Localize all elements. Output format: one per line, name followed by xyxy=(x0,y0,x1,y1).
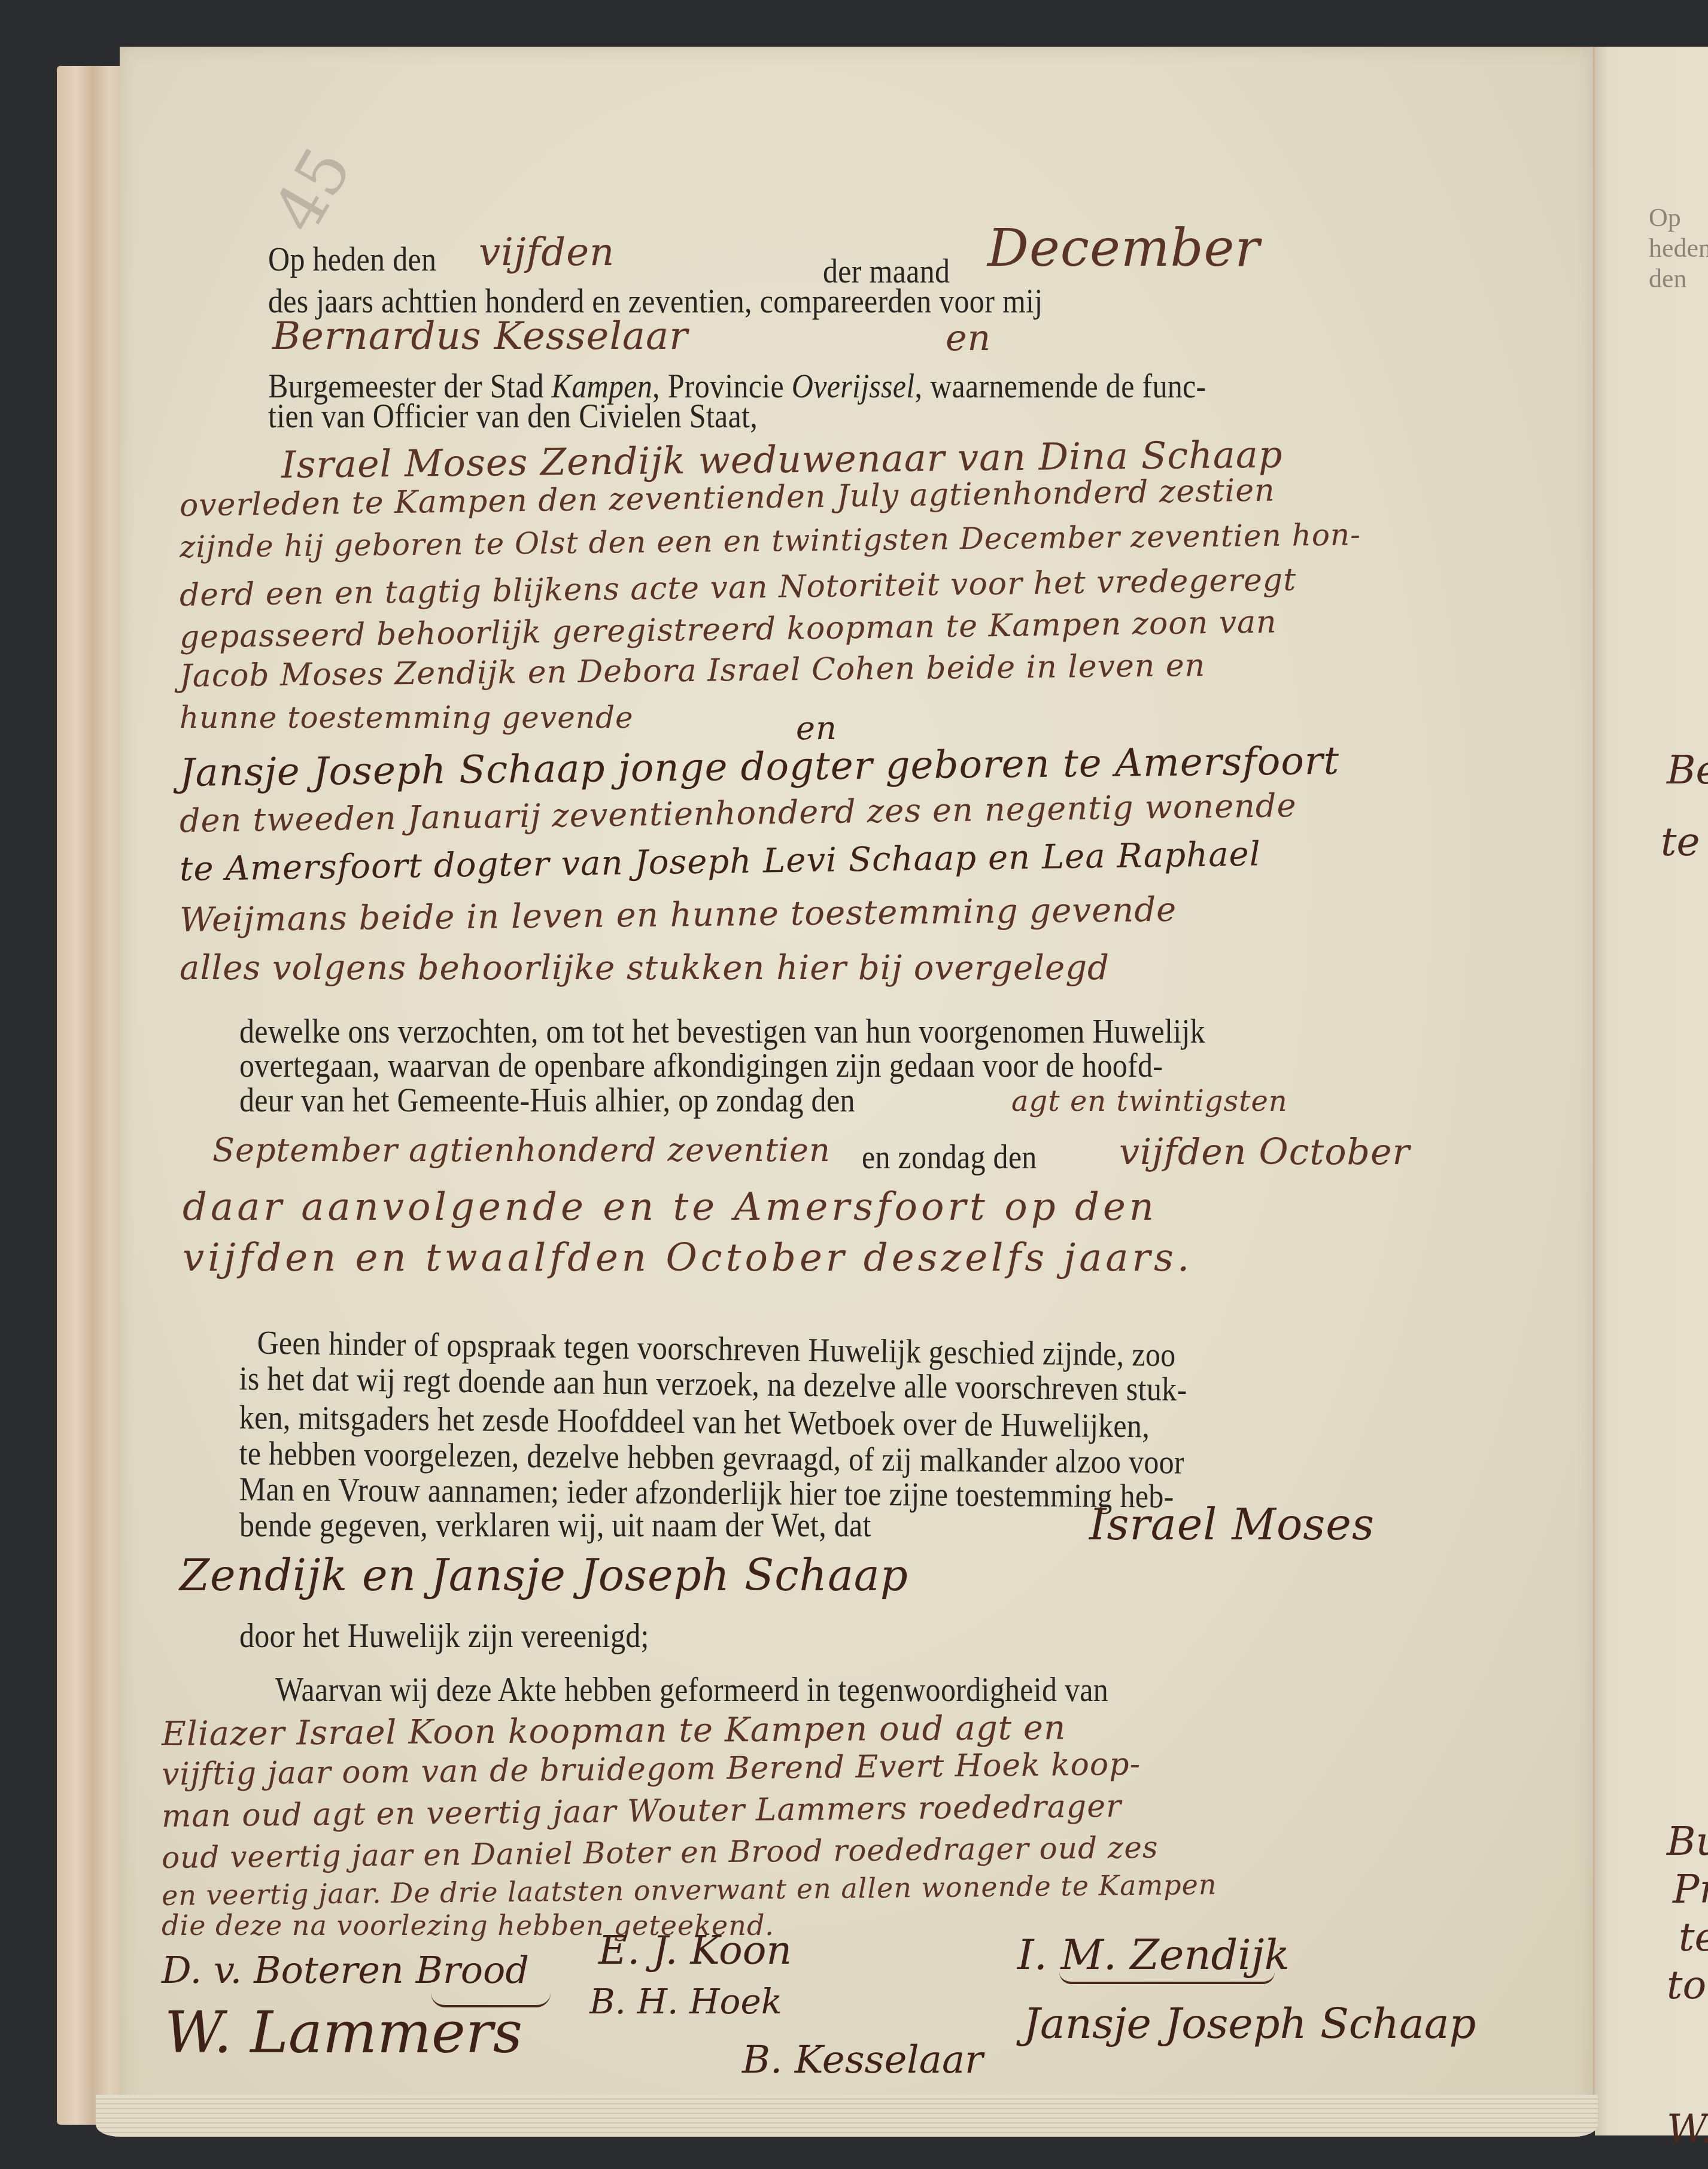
handwritten-official-name: Bernardus Kesselaar xyxy=(272,314,688,359)
printed-text: door het Huwelijk zijn vereenigd; xyxy=(239,1616,649,1655)
signature-flourish xyxy=(1059,1972,1275,1984)
handwritten-bride-line: alles volgens behoorlijke stukken hier b… xyxy=(180,949,1110,988)
handwritten-conjunction: en xyxy=(796,709,837,747)
facing-page-fragment: Pr xyxy=(1673,1866,1708,1912)
facing-page-fragment: ton xyxy=(1667,1962,1708,2008)
printed-text: Waarvan wij deze Akte hebben geformeerd … xyxy=(275,1670,1108,1709)
facing-page-fragment: Be xyxy=(1667,747,1708,793)
facing-page-fragment: Bu xyxy=(1667,1818,1708,1864)
handwritten-couple-names: Zendijk en Jansje Joseph Schaap xyxy=(180,1550,908,1600)
handwritten-couple-names: Israel Moses xyxy=(1089,1499,1375,1550)
handwritten-month: December xyxy=(987,218,1260,278)
printed-text: dewelke ons verzochten, om tot het beves… xyxy=(239,1011,1205,1050)
facing-page-fragment: Op heden den xyxy=(1649,202,1708,294)
printed-text: Op heden den xyxy=(268,239,436,278)
handwritten-banns-date: agt en twintigsten xyxy=(1011,1084,1288,1118)
signature-official: B. Kesselaar xyxy=(742,2038,983,2082)
handwritten-day: vijfden xyxy=(479,230,615,275)
handwritten-banns-date: vijfden October xyxy=(1119,1131,1410,1173)
facing-page: Op heden den Be te Bu Pr te ton W. xyxy=(1595,47,1708,2135)
signature-bride: Jansje Joseph Schaap xyxy=(1023,1999,1476,2048)
signature-witness: D. v. Boteren Brood xyxy=(162,1948,529,1992)
page-stack-edge xyxy=(96,2095,1598,2137)
handwritten-witness-line: Eliazer Israel Koon koopman te Kampen ou… xyxy=(162,1708,1066,1754)
printed-text: tien van Officier van den Civielen Staat… xyxy=(268,396,758,435)
handwritten-banns-date: September agtienhonderd zeventien xyxy=(212,1131,831,1169)
facing-page-fragment: te xyxy=(1679,1914,1708,1960)
handwritten-groom-line: hunne toestemming gevende xyxy=(180,700,634,735)
printed-text: en zondag den xyxy=(862,1137,1037,1176)
book-binding-edge xyxy=(57,66,123,2125)
printed-text: overtegaan, waarvan de openbare afkondig… xyxy=(239,1046,1163,1084)
handwritten-banns-extra: daar aanvolgende en te Amersfoort op den xyxy=(183,1185,1157,1229)
printed-text: bende gegeven, verklaren wij, uit naam d… xyxy=(239,1505,871,1544)
signature-witness: E. J. Koon xyxy=(598,1927,792,1973)
signature-witness: W. Lammers xyxy=(165,1999,522,2066)
handwritten-text: en xyxy=(946,317,991,359)
handwritten-banns-extra: vijfden en twaalfden October deszelfs ja… xyxy=(183,1236,1193,1280)
signature-witness: B. H. Hoek xyxy=(589,1981,782,2022)
facing-page-fragment: te xyxy=(1661,819,1700,865)
facing-page-fragment: W. xyxy=(1667,2106,1708,2152)
printed-text: deur van het Gemeente-Huis alhier, op zo… xyxy=(239,1080,855,1119)
